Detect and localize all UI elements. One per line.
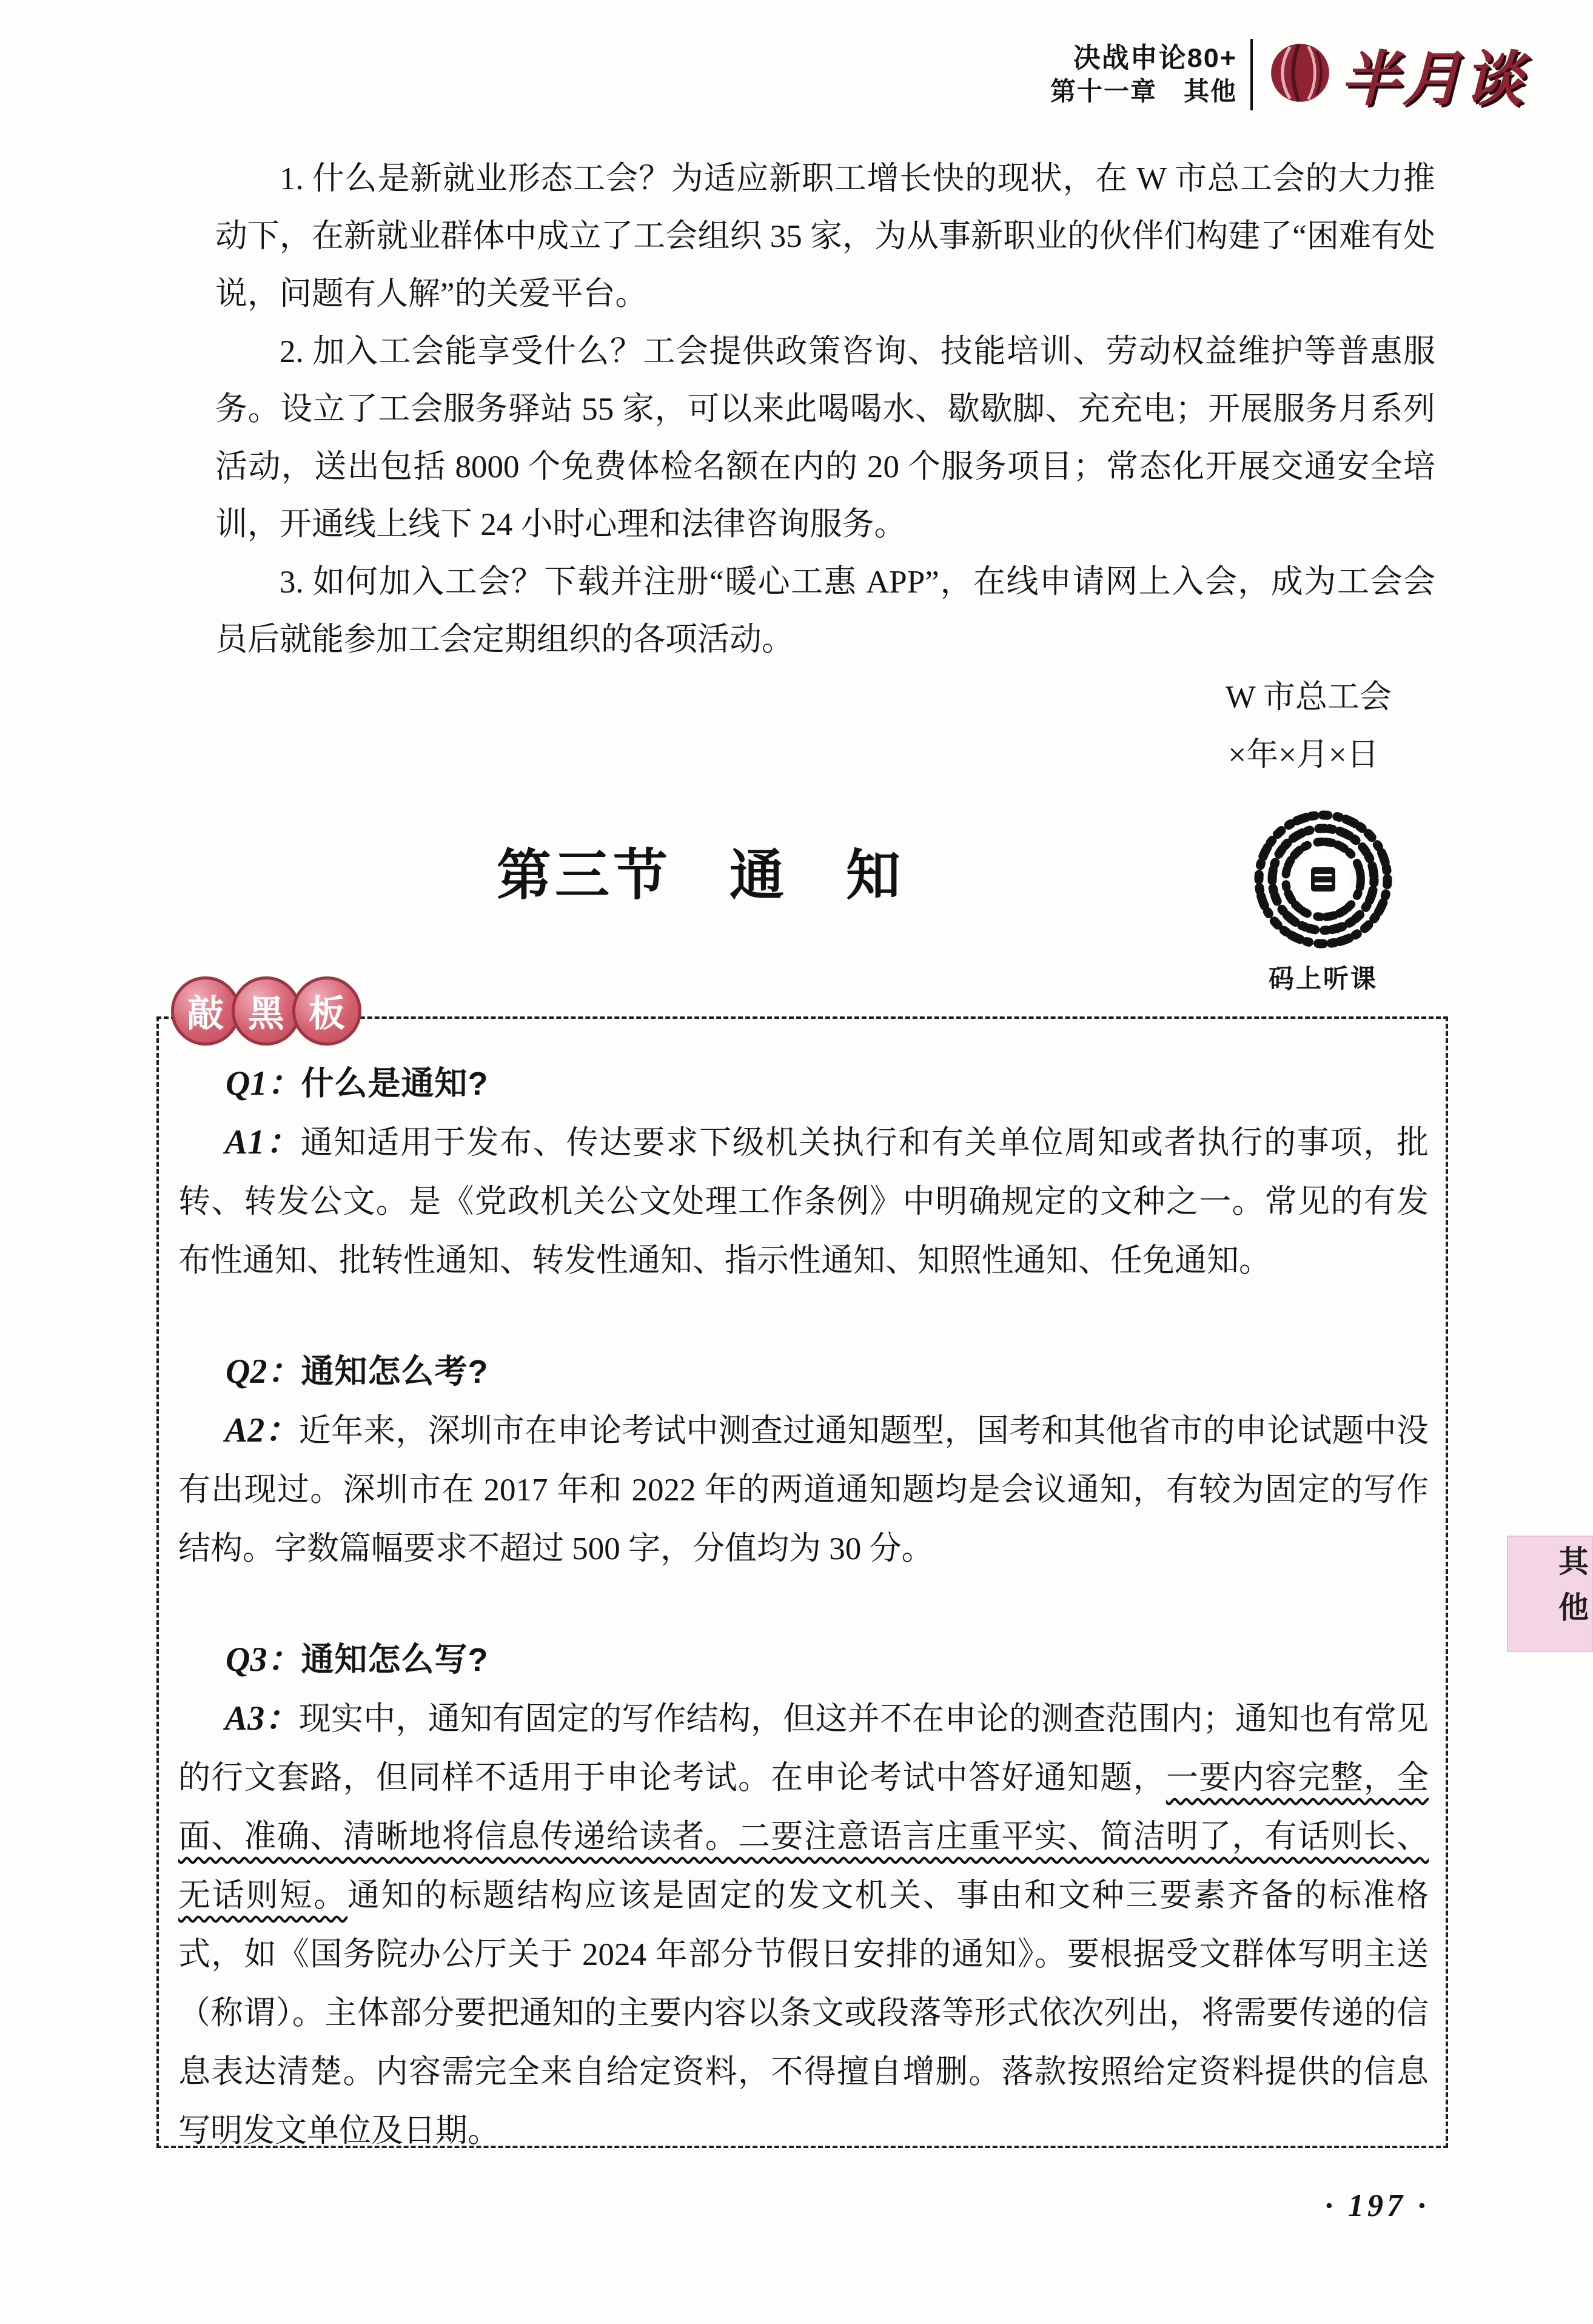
badge-char-circle: 板	[292, 976, 361, 1046]
answer-paragraph: A3：现实中，通知有固定的写作结构，但这并不在申论的测查范围内；通知也有常见的行…	[178, 1690, 1429, 2161]
question-text: 什么是通知?	[301, 1066, 488, 1102]
book-title: 决战申论80+	[1025, 41, 1237, 75]
question-line: Q3：通知怎么写?	[178, 1630, 1429, 1690]
signature-date: ×年×月×日	[215, 727, 1435, 784]
book-page: 决战申论80+ 第十一章 其他 半月谈 1. 什么是新就业形态工会？为适应新职工…	[0, 0, 1593, 2324]
section-title: 第三节 通 知	[215, 831, 1186, 910]
page-header: 决战申论80+ 第十一章 其他 半月谈	[1025, 32, 1526, 117]
answer-body: 通知适用于发布、传达要求下级机关执行和有关单位周知或者执行的事项，批转、转发公文…	[178, 1126, 1429, 1278]
question-label: Q1：	[226, 1065, 301, 1103]
qr-caption: 码上听课	[1244, 959, 1402, 995]
chapter-label: 第十一章 其他	[1025, 75, 1237, 108]
answer-label: A1：	[225, 1124, 301, 1161]
qa-block: Q2：通知怎么考? A2：近年来，深圳市在申论考试中测查过通知题型，国考和其他省…	[178, 1342, 1429, 1579]
signature-unit: W 市总工会	[215, 669, 1435, 727]
answer-text-segment: 近年来，深圳市在申论考试中测查过通知题型，国考和其他省市的申论试题中没有出现过。…	[178, 1414, 1429, 1567]
question-line: Q2：通知怎么考?	[178, 1342, 1429, 1402]
page-number: · 197 ·	[1325, 2188, 1429, 2224]
qa-block: Q3：通知怎么写? A3：现实中，通知有固定的写作结构，但这并不在申论的测查范围…	[178, 1630, 1429, 2161]
chapter-side-tab: 其他	[1507, 1536, 1593, 1652]
answer-paragraph: A1：通知适用于发布、传达要求下级机关执行和有关单位周知或者执行的事项，批转、转…	[178, 1113, 1429, 1291]
intro-material: 1. 什么是新就业形态工会？为适应新职工增长快的现状，在 W 市总工会的大力推动…	[215, 150, 1435, 669]
knock-blackboard-badge: 敲 黑 板	[171, 976, 353, 1046]
answer-label: A2：	[225, 1412, 299, 1449]
publisher-brand: 半月谈	[1269, 32, 1526, 117]
blackboard-box: Q1：什么是通知? A1：通知适用于发布、传达要求下级机关执行和有关单位周知或者…	[156, 1016, 1448, 2148]
intro-paragraph: 2. 加入工会能享受什么？工会提供政策咨询、技能培训、劳动权益维护等普惠服务。设…	[215, 323, 1435, 554]
qr-block: 码上听课	[1244, 807, 1402, 995]
question-line: Q1：什么是通知?	[178, 1054, 1429, 1113]
brand-name: 半月谈	[1340, 32, 1526, 117]
intro-paragraph: 1. 什么是新就业形态工会？为适应新职工增长快的现状，在 W 市总工会的大力推动…	[215, 150, 1435, 323]
header-divider	[1250, 39, 1253, 110]
answer-body: 近年来，深圳市在申论考试中测查过通知题型，国考和其他省市的申论试题中没有出现过。…	[178, 1414, 1429, 1567]
question-text: 通知怎么写?	[301, 1642, 488, 1678]
question-label: Q2：	[226, 1353, 301, 1391]
answer-text-segment: 通知的标题结构应该是固定的发文机关、事由和文种三要素齐备的标准格式，如《国务院办…	[178, 1878, 1429, 2149]
intro-paragraph: 3. 如何加入工会？下载并注册“暖心工惠 APP”，在线申请网上入会，成为工会会…	[215, 554, 1435, 669]
qa-block: Q1：什么是通知? A1：通知适用于发布、传达要求下级机关执行和有关单位周知或者…	[178, 1054, 1429, 1291]
section-heading-row: 第三节 通 知 码上听课	[215, 807, 1435, 1007]
question-label: Q3：	[226, 1641, 301, 1679]
question-text: 通知怎么考?	[301, 1354, 488, 1390]
badge-char-circle: 敲	[171, 976, 240, 1046]
answer-label: A3：	[225, 1700, 299, 1738]
qr-code-icon	[1250, 944, 1396, 955]
answer-body: 现实中，通知有固定的写作结构，但这并不在申论的测查范围内；通知也有常见的行文套路…	[178, 1702, 1429, 2149]
intro-signoff: W 市总工会 ×年×月×日	[215, 669, 1435, 784]
badge-char-circle: 黑	[232, 976, 301, 1046]
banyuetan-emblem-icon	[1269, 41, 1332, 107]
answer-paragraph: A2：近年来，深圳市在申论考试中测查过通知题型，国考和其他省市的申论试题中没有出…	[178, 1402, 1429, 1579]
answer-text-segment: 通知适用于发布、传达要求下级机关执行和有关单位周知或者执行的事项，批转、转发公文…	[178, 1126, 1429, 1278]
header-meta: 决战申论80+ 第十一章 其他	[1025, 41, 1237, 108]
